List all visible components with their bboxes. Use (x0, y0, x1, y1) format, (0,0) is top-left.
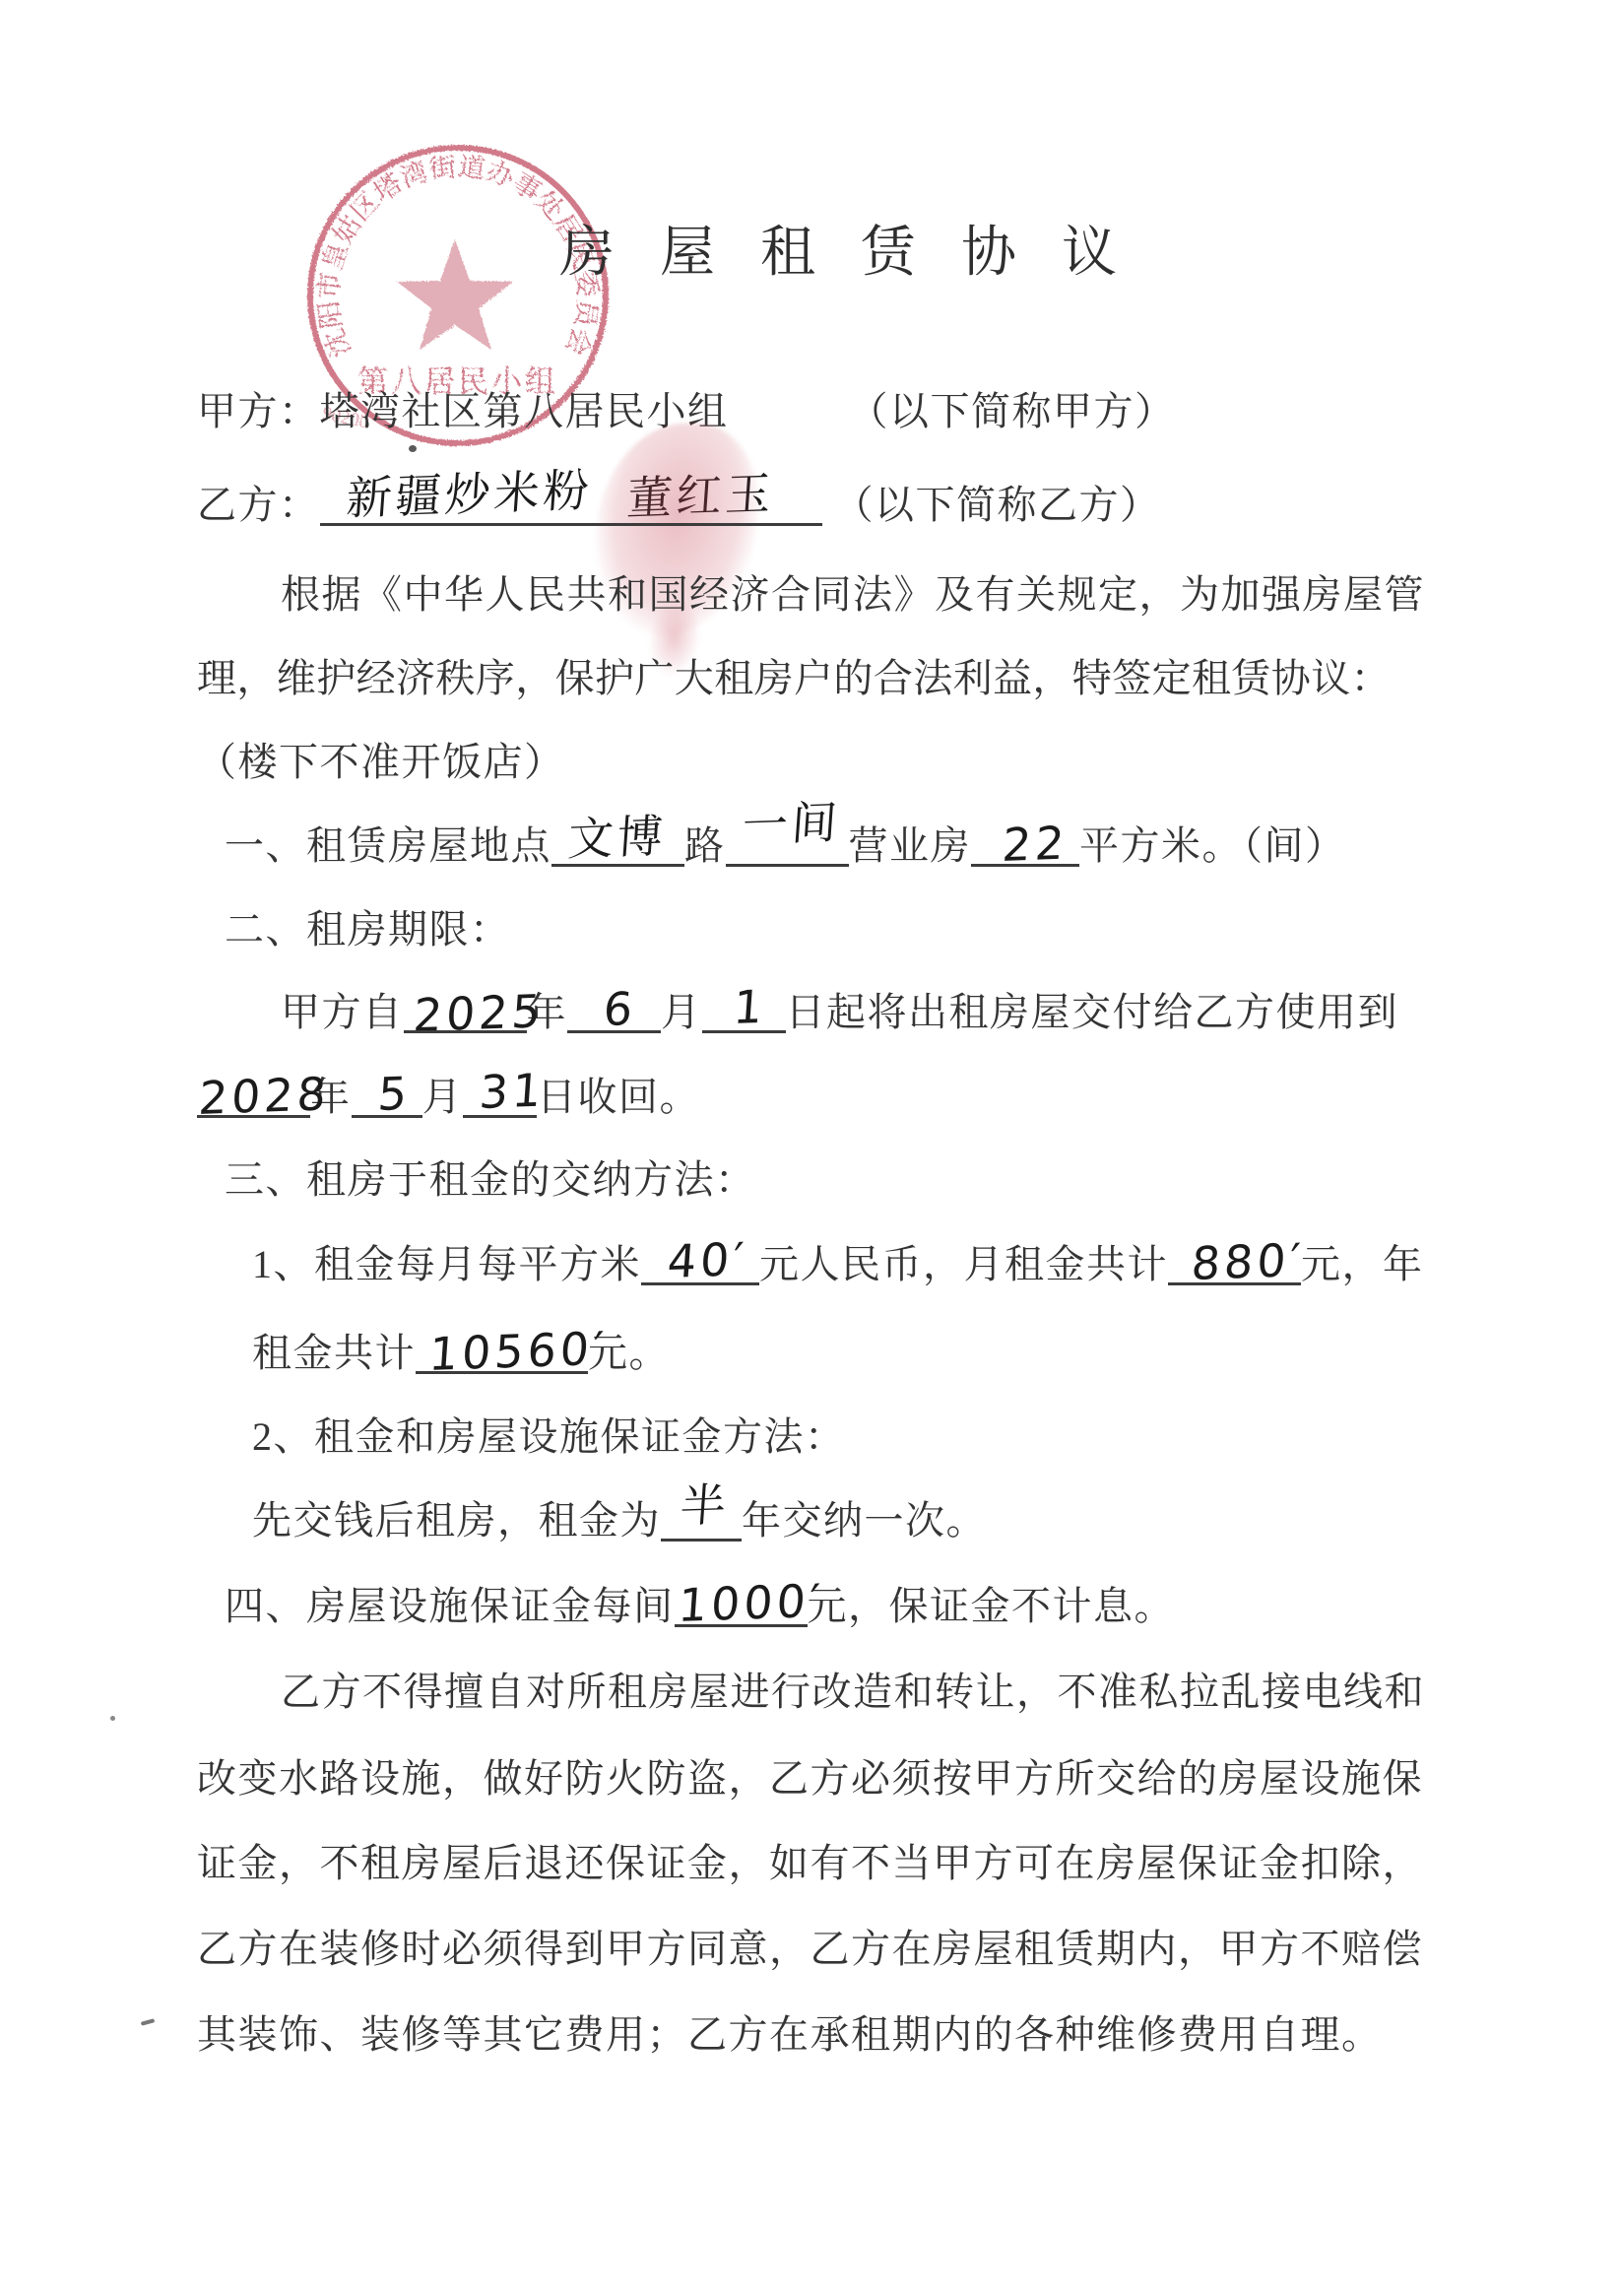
monthly-rent-blank: 880′ (1168, 1272, 1301, 1278)
clause-2-term-line-1: 甲方自2025年6月1日起将出租房屋交付给乙方使用到 (281, 987, 1398, 1038)
document-title: 房屋租赁协议 (559, 209, 1162, 288)
clause-3-heading: 三、租房于租金的交纳方法： (225, 1154, 756, 1206)
clause-3-item-2-detail: 先交钱后租房，租金为半年交纳一次。 (252, 1495, 987, 1546)
body-line-1: 乙方不得擅自对所租房屋进行改造和转让，不准私拉乱接电线和 (281, 1667, 1425, 1718)
payment-interval-blank: 半 (661, 1528, 742, 1534)
start-day-blank: 1 (702, 1019, 786, 1025)
start-day-blank-handwriting: 1 (732, 981, 768, 1033)
location-rooms-blank-handwriting: 一间 (741, 796, 843, 851)
printed-text: 路 (684, 820, 726, 872)
end-month-blank-handwriting: 5 (376, 1068, 413, 1120)
document-page: 沈阳市皇姑区塔湾街道办事处居民委员会 第八居民小组 90200 房屋租赁协议 甲… (0, 0, 1621, 2296)
location-street-blank: 文博 (551, 853, 684, 859)
printed-text: 甲方自 (281, 987, 404, 1038)
printed-text: 理，维护经济秩序，保护广大租房户的合法利益，特签定租赁协议： (197, 653, 1391, 704)
body-line-4: 乙方在装修时必须得到甲方同意，乙方在房屋租赁期内，甲方不赔偿 (197, 1924, 1423, 1975)
clause-3-item-1-line-1: 1、租金每月每平方米40′元人民币，月租金共计880′元，年 (252, 1239, 1424, 1290)
stamp-star-icon (397, 239, 513, 350)
printed-text: 甲方：塔湾社区第八居民小组 (197, 386, 729, 437)
location-area-blank: 22 (971, 853, 1079, 859)
body-line-5: 其装饰、装修等其它费用；乙方在承租期内的各种维修费用自理。 (197, 2009, 1383, 2061)
scan-speck (110, 1716, 115, 1721)
printed-text: 改变水路设施，做好防火防盗，乙方必须按甲方所交给的房屋设施保 (197, 1753, 1423, 1804)
end-month-blank: 5 (352, 1104, 422, 1110)
printed-text: 证金，不租房屋后退还保证金，如有不当甲方可在房屋保证金扣除， (197, 1838, 1423, 1889)
party-b-blank: 新疆炒米粉董红玉 (320, 512, 822, 518)
body-line-2: 改变水路设施，做好防火防盗，乙方必须按甲方所交给的房屋设施保 (197, 1753, 1423, 1804)
printed-text: 月 (661, 987, 702, 1038)
clause-2-heading: 二、租房期限： (225, 904, 511, 955)
start-month-blank: 6 (567, 1019, 661, 1025)
gap (729, 421, 849, 425)
scan-speck (409, 445, 417, 452)
printed-text: （以下简称甲方） (849, 386, 1176, 437)
printed-text: 乙方在装修时必须得到甲方同意，乙方在房屋租赁期内，甲方不赔偿 (197, 1924, 1423, 1975)
gap (822, 514, 834, 518)
party-b-blank-handwriting-2: 董红玉 (625, 468, 777, 524)
location-street-blank-handwriting: 文博 (566, 810, 669, 865)
rent-per-sqm-blank-handwriting: 40′ (666, 1233, 749, 1287)
printed-text: 营业房 (849, 820, 972, 872)
printed-text: 元，保证金不计息。 (808, 1581, 1176, 1632)
printed-text: （以下简称乙方） (834, 480, 1161, 531)
printed-text: 租金共计 (252, 1328, 416, 1379)
preamble-line-2: 理，维护经济秩序，保护广大租房户的合法利益，特签定租赁协议： (197, 653, 1391, 704)
printed-text: 元人民币，月租金共计 (759, 1239, 1168, 1290)
party-b-line: 乙方：新疆炒米粉董红玉（以下简称乙方） (197, 480, 1161, 531)
printed-text: 其装饰、装修等其它费用；乙方在承租期内的各种维修费用自理。 (197, 2009, 1383, 2061)
end-year-blank-handwriting: 2028 (197, 1068, 332, 1124)
printed-text: 三、租房于租金的交纳方法： (225, 1154, 756, 1206)
end-day-blank-handwriting: 31 (478, 1065, 547, 1118)
end-day-blank: 31 (463, 1104, 537, 1110)
party-a-line: 甲方：塔湾社区第八居民小组（以下简称甲方） (197, 386, 1176, 437)
printed-text: （楼下不准开饭店） (197, 737, 565, 788)
preamble-line-1: 根据《中华人民共和国经济合同法》及有关规定，为加强房屋管 (281, 569, 1425, 621)
printed-text: 一、租赁房屋地点 (225, 820, 551, 872)
printed-text: 日收回。 (537, 1072, 700, 1123)
printed-text: 元，年 (1301, 1239, 1424, 1290)
printed-text: 先交钱后租房，租金为 (252, 1495, 661, 1546)
printed-text: 乙方： (197, 480, 320, 531)
printed-text: 根据《中华人民共和国经济合同法》及有关规定，为加强房屋管 (281, 569, 1425, 621)
annual-rent-blank-handwriting: 10560′ (427, 1323, 609, 1380)
printed-text: 年交纳一次。 (742, 1495, 987, 1546)
body-line-3: 证金，不租房屋后退还保证金，如有不当甲方可在房屋保证金扣除， (197, 1838, 1423, 1889)
end-year-blank: 2028 (197, 1104, 310, 1110)
location-rooms-blank: 一间 (726, 853, 849, 859)
clause-2-term-line-2: 2028年5月31日收回。 (197, 1072, 700, 1123)
printed-text: 月 (422, 1072, 464, 1123)
clause-1-location: 一、租赁房屋地点文博路一间营业房22平方米。（间） (225, 820, 1346, 872)
deposit-amount-blank: 1000′ (675, 1613, 808, 1619)
clause-4-deposit: 四、房屋设施保证金每间1000′元，保证金不计息。 (225, 1581, 1175, 1632)
rent-per-sqm-blank: 40′ (641, 1272, 759, 1278)
preamble-line-3: （楼下不准开饭店） (197, 737, 565, 788)
annual-rent-blank: 10560′ (416, 1360, 588, 1366)
printed-text: 乙方不得擅自对所租房屋进行改造和转让，不准私拉乱接电线和 (281, 1667, 1425, 1718)
printed-text: 1、租金每月每平方米 (252, 1239, 641, 1290)
start-year-blank: 2025 (404, 1019, 527, 1025)
clause-3-item-1-line-2: 租金共计10560′元。 (252, 1328, 670, 1379)
party-b-blank-handwriting: 新疆炒米粉 (345, 464, 594, 524)
payment-interval-blank-handwriting: 半 (679, 1478, 732, 1532)
clause-3-item-2: 2、租金和房屋设施保证金方法： (252, 1411, 846, 1463)
deposit-amount-blank-handwriting: 1000′ (677, 1575, 825, 1631)
start-year-blank-handwriting: 2025 (412, 985, 547, 1041)
printed-text: 二、租房期限： (225, 904, 511, 955)
printed-text: 2、租金和房屋设施保证金方法： (252, 1411, 846, 1463)
start-month-blank-handwriting: 6 (602, 983, 638, 1035)
printed-text: 四、房屋设施保证金每间 (225, 1581, 675, 1632)
printed-text: 日起将出租房屋交付给乙方使用到 (786, 987, 1399, 1038)
printed-text: 平方米。（间） (1079, 820, 1346, 872)
location-area-blank-handwriting: 22 (1001, 818, 1070, 871)
scan-speck (141, 2018, 156, 2025)
monthly-rent-blank-handwriting: 880′ (1190, 1234, 1306, 1289)
